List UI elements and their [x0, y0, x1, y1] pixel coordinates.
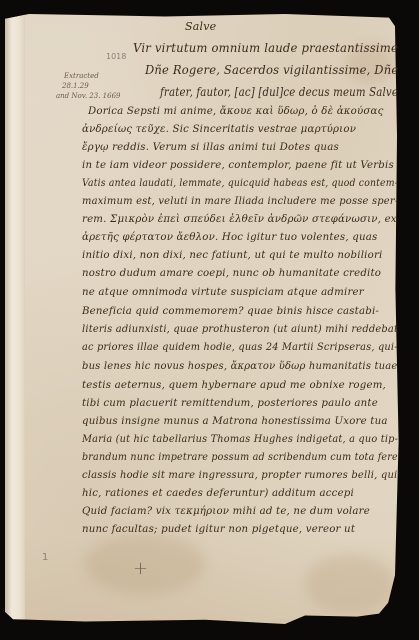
body-line: quibus insigne munus a Matrona honestiss… [82, 416, 388, 427]
body-line: ἔργῳ reddis. Verum si illas animi tui Do… [82, 142, 339, 153]
body-line: ἀνδρείως τεῦχε. Sic Sinceritatis vestrae… [82, 124, 356, 135]
margin-note-line-1: Extracted [64, 72, 99, 80]
body-line: Vatis antea laudati, lemmate, quicquid h… [82, 178, 398, 189]
salutation-line-3: frater, fautor, [ac] [dul]ce decus meum … [160, 84, 398, 99]
salutation-line-1: Vir virtutum omnium laude praestantissim… [133, 40, 398, 55]
body-line: hic, rationes et caedes deferuntur) addi… [82, 488, 354, 499]
margin-note-line-2: 28.1.29 [62, 82, 89, 90]
body-line: ἀρετῆς φέρτατον ἄεθλον. Hoc igitur tuo v… [82, 232, 377, 243]
body-line: classis hodie sit mare ingressura, propt… [82, 470, 397, 481]
body-line: nostro dudum amare coepi, nunc ob humani… [82, 268, 381, 279]
body-line: Dorica Sepsti mi anime, ἄκουε καὶ ὕδωρ, … [88, 106, 384, 117]
body-line: Maria (ut hic tabellarius Thomas Hughes … [82, 434, 398, 445]
stain [305, 554, 395, 614]
body-line: initio dixi, non dixi, nec fatiunt, ut q… [82, 250, 382, 261]
body-line: rem. Σμικρὸν ἐπεὶ σπεύδει ἐλθεῖν ἀνδρῶν … [82, 214, 397, 225]
pencil-margin-mark: 1 [42, 552, 48, 563]
salutation-line-2: Dñe Rogere, Sacerdos vigilantissime, Dñe [145, 62, 398, 77]
cross-mark-icon: + [133, 558, 148, 579]
margin-note-line-3: and Nov. 23. 1669 [56, 92, 120, 100]
body-line: nunc facultas; pudet igitur non pigetque… [82, 524, 355, 535]
body-line: bus lenes hic novus hospes, ἄκρατον ὕδωρ… [82, 361, 398, 372]
body-line: Quid faciam? vix τεκμήριον mihi ad te, n… [82, 506, 370, 517]
body-line: in te iam videor possidere, contemplor, … [82, 160, 394, 171]
body-line: Beneficia quid commemorem? quae binis hi… [82, 306, 379, 317]
body-line: testis aeternus, quem hybernare apud me … [82, 380, 386, 391]
body-line: tibi cum placuerit remittendum, posterio… [82, 398, 378, 409]
body-line: literis adiunxisti, quae prothusteron (u… [82, 324, 398, 335]
binding-strip [5, 14, 25, 624]
pencil-folio-mark: 1018 [106, 52, 126, 61]
body-line: ne atque omnimoda virtute suspiciam atqu… [82, 287, 364, 298]
body-line: brandum nunc impetrare possum ad scriben… [82, 452, 398, 463]
letter-heading: Salve [185, 20, 216, 33]
body-line: ac priores illae quidem hodie, quas 24 M… [82, 342, 398, 353]
body-line: maximum est, veluti in mare Iliada inclu… [82, 196, 398, 207]
